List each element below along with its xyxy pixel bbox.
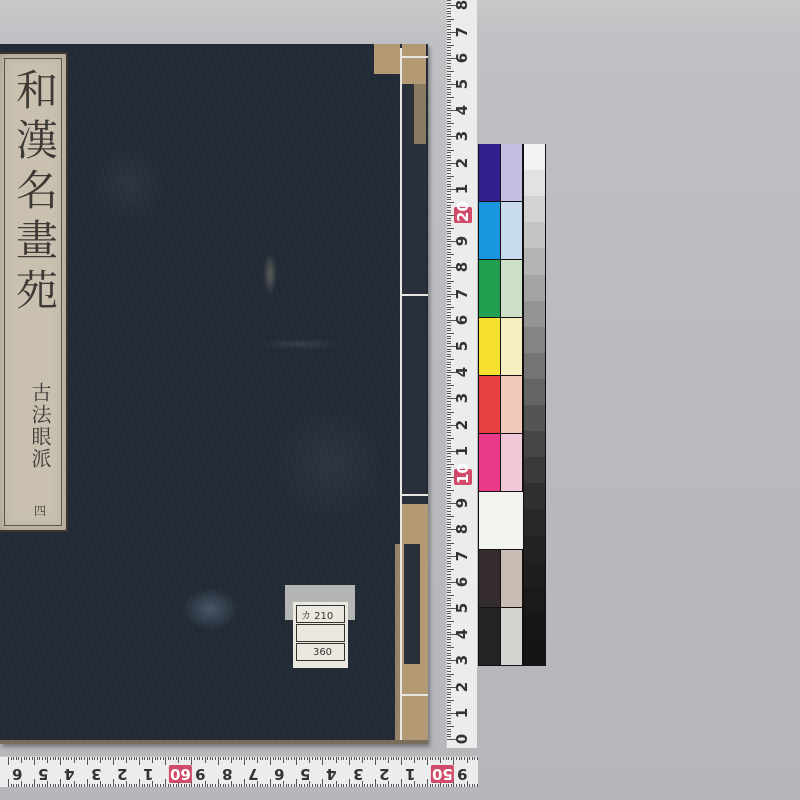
ruler-tick [419,784,420,787]
ruler-number: 7 [453,25,471,39]
ruler-tick [447,178,451,179]
ruler-tick [322,779,323,787]
ruler-tick [447,362,451,363]
ruler-tick [301,784,302,787]
ruler-tick [447,150,454,151]
ruler-tick [21,757,22,763]
ruler-tick [461,757,462,760]
ruler-number: 60 [169,765,192,783]
ruler-tick [447,446,451,447]
color-patch-tint [501,202,522,259]
ruler-tick [447,414,451,415]
ruler-tick [446,784,447,787]
ruler-tick [447,3,451,4]
ruler-tick [447,637,451,638]
ruler-tick [447,459,451,460]
ruler-tick [447,304,451,305]
ruler-tick [377,784,378,787]
ruler-tick [149,757,150,760]
ruler-tick [13,757,14,760]
ruler-tick [246,757,247,760]
ruler-number: 8 [453,0,471,12]
ruler-tick [447,511,451,512]
ruler-tick [447,134,451,135]
ruler-tick [218,757,219,765]
ruler-tick [447,626,451,627]
ruler-tick [160,784,161,787]
ruler-tick [447,453,451,454]
ruler-tick [191,757,192,765]
ruler-tick [233,784,234,787]
ruler-tick [447,668,451,669]
ruler-tick [163,757,164,760]
ruler-tick [11,784,12,787]
ruler-tick [456,784,457,787]
ruler-tick [447,79,451,80]
ruler-tick [76,757,77,760]
ruler-tick [189,757,190,760]
ruler-tick [144,784,145,787]
ruler-tick [94,784,95,787]
ruler-tick [447,81,451,82]
ruler-tick [447,199,451,200]
ruler-tick [447,87,451,88]
grayscale-step [524,196,545,223]
ruler-tick [447,102,451,103]
ruler-number: 8 [453,260,471,274]
ruler-tick [338,757,339,760]
ruler-tick [356,784,357,787]
ruler-tick [447,34,451,35]
ruler-tick [131,757,132,760]
ruler-tick [343,784,344,787]
ruler-tick [447,296,451,297]
ruler-tick [257,757,258,763]
ruler-tick [447,514,451,515]
ruler-tick [440,757,441,763]
ruler-tick [422,784,423,787]
ruler-tick [447,385,454,386]
ruler-tick [260,784,261,787]
ruler-tick [447,97,454,98]
ruler-tick [419,757,420,760]
title-label: 和漢名畫苑 古法眼派 四 [0,52,68,532]
ruler-tick [447,663,451,664]
ruler-tick [447,666,451,667]
ruler-tick [32,757,33,760]
ruler-tick [447,89,451,90]
ruler-number: 5 [453,339,471,353]
ruler-tick [447,68,451,69]
ruler-tick [81,757,82,760]
ruler-tick [354,784,355,787]
ruler-tick [354,757,355,760]
grayscale-step [524,614,545,641]
ruler-tick [212,757,213,760]
ruler-tick [13,784,14,787]
ruler-tick [447,92,451,93]
ruler-tick [186,757,187,760]
ruler-tick [254,757,255,760]
ruler-tick [241,757,242,760]
ruler-tick [16,757,17,760]
ruler-tick [447,66,451,67]
ruler-tick [37,757,38,760]
ruler-number: 4 [453,365,471,379]
ruler-tick [422,757,423,760]
ruler-tick [210,757,211,760]
grayscale-step [524,483,545,510]
ruler-tick [469,757,470,760]
ruler-tick [63,757,64,760]
ruler-tick [447,490,454,491]
ruler-tick [447,336,451,337]
ruler-tick [447,288,451,289]
ruler-tick [189,784,190,787]
ruler-number: 7 [248,765,258,783]
ruler-tick [425,757,426,760]
ruler-tick [447,598,451,599]
ruler-tick [447,176,454,177]
ruler-tick [168,757,169,760]
ruler-tick [81,784,82,787]
ruler-tick [447,595,454,596]
ruler-tick [447,684,451,685]
ruler-tick [447,262,451,263]
ruler-tick [359,784,360,787]
ruler-tick [447,129,451,130]
ruler-tick [447,592,451,593]
ruler-tick [447,343,451,344]
ruler-tick [447,142,451,143]
ruler-tick [447,233,451,234]
ruler-number: 6 [12,765,22,783]
ruler-tick [472,757,473,760]
ruler-tick [447,579,451,580]
ruler-tick [76,784,77,787]
ruler-tick [380,784,381,787]
ruler-tick [447,333,454,334]
ruler-tick [447,438,454,439]
ruler-tick [383,757,384,760]
ruler-tick [89,757,90,760]
ruler-tick [447,194,451,195]
ruler-tick [447,412,454,413]
ruler-tick [338,784,339,787]
ruler-tick [447,427,451,428]
ruler-tick [121,784,122,787]
ruler-tick [18,784,19,787]
ruler-tick [447,359,454,360]
ruler-tick [447,207,451,208]
grayscale-step [524,509,545,536]
ruler-tick [447,218,451,219]
ruler-tick [447,485,451,486]
ruler-tick [136,784,137,787]
binding-thread [400,48,402,740]
ruler-number: 4 [453,103,471,117]
ruler-tick [447,697,451,698]
ruler-tick [461,784,462,787]
ruler-number: 4 [326,765,336,783]
ruler-tick [97,757,98,760]
ruler-tick [447,0,451,1]
ruler-tick [157,784,158,787]
ruler-tick [438,757,439,760]
ruler-tick [447,220,451,221]
ruler-tick [447,380,451,381]
ruler-tick [194,757,195,760]
ruler-tick [447,422,451,423]
ruler-tick [447,139,451,140]
ruler-tick [100,757,101,763]
ruler-tick [447,100,451,101]
ruler-tick [447,370,451,371]
color-patch-tint [501,318,522,375]
ruler-tick [447,506,451,507]
ruler-tick [202,757,203,760]
ruler-tick [341,757,342,760]
ruler-tick [447,60,451,61]
ruler-tick [286,757,287,760]
ruler-tick [447,464,454,465]
ruler-tick [139,779,140,787]
ruler-tick [447,231,451,232]
ruler-tick [105,784,106,787]
ruler-tick [142,757,143,760]
ruler-tick [447,584,451,585]
ruler-tick [409,757,410,760]
ruler-tick [74,757,75,763]
ruler-tick [294,757,295,760]
ruler-tick [55,784,56,787]
ruler-number: 6 [453,51,471,65]
ruler-tick [447,694,451,695]
ruler-tick [447,569,454,570]
ruler-tick [367,784,368,787]
ruler-tick [181,757,182,760]
ruler-tick [447,322,451,323]
ruler-tick [447,225,451,226]
ruler-tick [375,757,376,765]
ruler-tick [223,757,224,760]
ruler-tick [447,165,451,166]
ruler-tick [328,784,329,787]
ruler-tick [385,784,386,787]
ruler-tick [447,553,451,554]
ruler-tick [280,757,281,760]
ruler-tick [68,784,69,787]
ruler-tick [427,757,428,765]
grayscale-step [524,144,545,171]
ruler-tick [207,757,208,760]
color-patch-tint [501,144,522,201]
ruler-tick [447,448,451,449]
ruler-tick [71,757,72,760]
ruler-tick [447,29,451,30]
ruler-tick [144,757,145,760]
ruler-number: 20 [454,207,472,223]
ruler-tick [447,729,451,730]
ruler-tick [60,779,61,787]
ruler-number: 6 [274,765,284,783]
ruler-tick [447,721,451,722]
ruler-number: 1 [453,182,471,196]
ruler-number: 10 [454,469,472,485]
ruler-tick [447,432,451,433]
grayscale-step [524,248,545,275]
ruler-tick [447,170,451,171]
ruler-tick [447,210,451,211]
ruler-tick [79,784,80,787]
ruler-tick [359,757,360,760]
ruler-tick [108,757,109,760]
ruler-tick [447,63,451,64]
grayscale-step [524,588,545,615]
ruler-tick [447,186,451,187]
ruler-tick [317,784,318,787]
ruler-tick [388,757,389,763]
grayscale-step [524,562,545,589]
ruler-tick [225,784,226,787]
ruler-tick [79,757,80,760]
binding-stitch [400,694,428,696]
ruler-tick [102,784,103,787]
color-patch-tint [501,260,522,317]
ruler-tick [447,197,451,198]
ruler-tick [118,784,119,787]
ruler-tick [244,757,245,765]
ruler-tick [477,757,478,760]
ruler-tick [393,784,394,787]
ruler-tick [447,286,451,287]
ruler-tick [447,252,451,253]
ruler-tick [447,74,451,75]
ruler-tick [447,734,451,735]
ruler-tick [220,757,221,760]
ruler-tick [121,757,122,760]
ruler-tick [447,467,451,468]
ruler-tick [212,784,213,787]
ruler-tick [58,757,59,760]
ruler-tick [447,244,451,245]
ruler-tick [291,784,292,787]
color-patch [479,260,500,317]
ruler-tick [427,779,428,787]
ruler-tick [447,377,451,378]
ruler-tick [464,784,465,787]
ruler-tick [447,621,454,622]
ruler-tick [447,265,451,266]
ruler-tick [447,516,454,517]
ruler-tick [126,757,127,763]
ruler-tick [252,757,253,760]
worn-spine-edge [414,84,426,144]
ruler-tick [447,270,451,271]
ruler-tick [39,784,40,787]
ruler-tick [288,784,289,787]
ruler-tick [447,674,454,675]
ruler-tick [447,577,451,578]
ruler-tick [53,757,54,760]
ruler-tick [131,784,132,787]
ruler-tick [207,784,208,787]
ruler-number: 1 [143,765,153,783]
ruler-tick [370,757,371,760]
ruler-tick [239,757,240,760]
ruler-tick [447,212,451,213]
ruler-tick [273,784,274,787]
ruler-tick [447,168,451,169]
ruler-tick [447,645,451,646]
ruler-tick [236,757,237,760]
ruler-tick [447,37,451,38]
ruler-tick [447,532,451,533]
ruler-tick [447,330,451,331]
ruler-tick [165,757,166,765]
ruler-tick [447,396,451,397]
ruler-tick [447,480,451,481]
ruler-tick [447,658,451,659]
ruler-tick [244,779,245,787]
ruler-tick [459,757,460,760]
ruler-number: 4 [64,765,74,783]
ruler-tick [447,430,451,431]
ruler-tick [447,613,451,614]
ruler-tick [447,718,451,719]
worn-spine-top [402,44,426,84]
ruler-tick [29,757,30,760]
ruler-tick [115,784,116,787]
ruler-tick [139,757,140,765]
ruler-tick [372,757,373,760]
ruler-tick [254,784,255,787]
ruler-tick [435,757,436,760]
ruler-tick [447,726,454,727]
ruler-tick [447,561,451,562]
grayscale-step [524,275,545,302]
ruler-tick [278,784,279,787]
ruler-tick [447,566,451,567]
ruler-tick [113,779,114,787]
ruler-tick [447,16,451,17]
ruler-tick [447,155,451,156]
grayscale-step [524,301,545,328]
ruler-tick [447,281,454,282]
ruler-tick [343,757,344,760]
color-patch [479,144,500,201]
ruler-number: 1 [453,444,471,458]
ruler-tick [262,784,263,787]
ruler-tick [92,757,93,760]
ruler-tick [304,784,305,787]
ruler-tick [299,757,300,760]
ruler-tick [447,283,451,284]
ruler-tick [346,757,347,760]
ruler-tick [447,278,451,279]
ruler-number: 8 [222,765,232,783]
ruler-tick [351,784,352,787]
ruler-tick [147,757,148,760]
ruler-tick [60,757,61,765]
ruler-tick [37,784,38,787]
call-number-label: カ 210 360 [293,602,348,668]
ruler-tick [447,202,454,203]
ruler-tick [459,784,460,787]
ruler-tick [447,356,451,357]
ruler-tick [447,184,451,185]
ruler-tick [447,571,451,572]
